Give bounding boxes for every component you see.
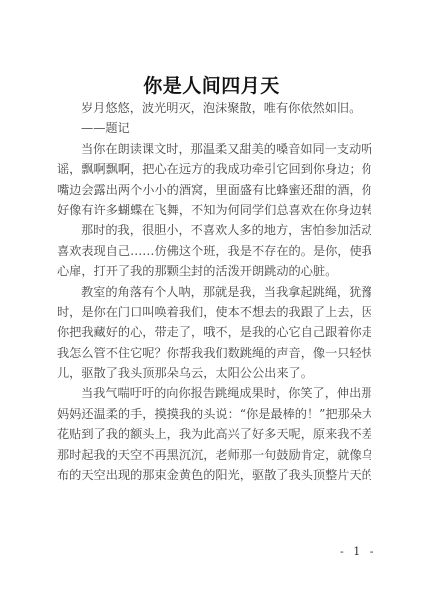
text-line: 心扉，打开了我的那颗尘封的活泼开朗跳动的心脏。 [57,261,371,281]
document-title: 你是人间四月天 [0,74,423,98]
text-line: 教室的角落有个人呐，那就是我，当我拿起跳绳，犹豫怯懦 [57,282,371,302]
epigraph-attribution: ——题记 [57,118,371,138]
text-line: 花贴到了我的额头上，我为此高兴了好多天呢，原来我不差。自 [57,424,371,444]
page-number: - 1 - [340,545,376,558]
text-line: 好像有许多蝴蝶在飞舞，不知为何同学们总喜欢在你身边转悠。 [57,200,371,220]
text-line: 布的天空出现的那束金黄色的阳光，驱散了我头顶整片天的乌 [57,465,371,485]
text-line: 儿，驱散了我头顶那朵乌云，太阳公公出来了。 [57,363,371,383]
text-line: 喜欢表现自己……仿佛这个班，我是不存在的。是你，使我敞开 [57,241,371,261]
text-line: 当我气喘吁吁的向你报告跳绳成果时，你笑了，伸出那只比 [57,383,371,403]
epigraph-text: 岁月悠悠，波光明灭，泡沫聚散，唯有你依然如旧。 [57,98,371,118]
text-line: 当你在朗读课文时，那温柔又甜美的嗓音如同一支动听的歌 [57,139,371,159]
text-line: 我怎么管不住它呢？你帮我我们数跳绳的声音，像一只轻快的鸟 [57,343,371,363]
paragraph-lines: 当你在朗读课文时，那温柔又甜美的嗓音如同一支动听的歌谣，飘啊飘啊，把心在远方的我… [57,139,371,486]
document-body: 岁月悠悠，波光明灭，泡沫聚散，唯有你依然如旧。 ——题记 当你在朗读课文时，那温… [57,98,371,485]
text-line: 嘴边会露出两个小小的酒窝，里面盛有比蜂蜜还甜的酒，你周围 [57,180,371,200]
text-line: 谣，飘啊飘啊，把心在远方的我成功牵引它回到你身边；你笑时， [57,159,371,179]
text-line: 你把我藏好的心，带走了，哦不，是我的心它自己跟着你走了。 [57,322,371,342]
document-page: 你是人间四月天 岁月悠悠，波光明灭，泡沫聚散，唯有你依然如旧。 ——题记 当你在… [0,0,423,600]
text-line: 妈妈还温柔的手，摸摸我的头说：“你是最棒的！”把那朵大红 [57,404,371,424]
text-line: 时，是你在门口叫唤着我们，使本不想去的我跟了上去，因为， [57,302,371,322]
text-line: 那时的我，很胆小，不喜欢人多的地方，害怕参加活动，不 [57,220,371,240]
text-line: 那时起我的天空不再黑沉沉，老师那一句鼓励肯定，就像乌云密 [57,445,371,465]
